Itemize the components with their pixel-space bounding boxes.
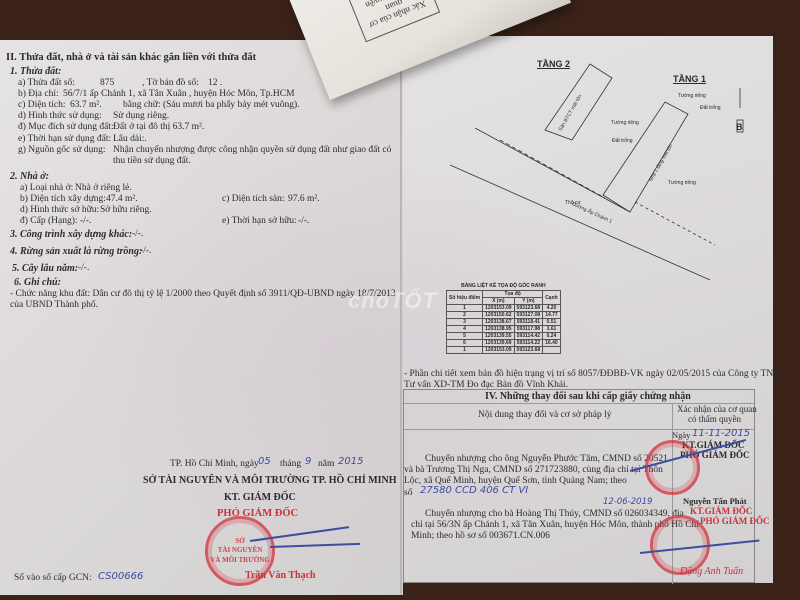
coordinates-cell: 0.24 xyxy=(543,333,561,340)
land-heading: 1. Thửa đất: xyxy=(10,66,61,77)
col-header-point: Số hiệu điểm xyxy=(447,291,483,305)
own-term-label: e) Thời hạn sở hữu: xyxy=(222,216,297,226)
col-header-edge: Cạnh xyxy=(543,291,561,305)
coordinates-cell: 3.61 xyxy=(543,326,561,333)
plan-reference-line1: - Phần chi tiết xem bản đồ hiện trạng vị… xyxy=(404,369,787,379)
coordinates-cell: 1203138.67 xyxy=(483,319,514,326)
coordinates-cell: 593123.68 xyxy=(514,305,543,312)
watermark: choTỐT xyxy=(348,288,437,314)
coordinates-row: 11203153.09593123.68 xyxy=(447,347,561,354)
coordinates-cell: 14.77 xyxy=(543,312,561,319)
entry1-line2: và bà Trương Thị Nga, CMND số 271723880,… xyxy=(404,465,663,475)
coordinates-row: 41203138.95593117.983.61 xyxy=(447,326,561,333)
col-header-y: Y (m) xyxy=(514,298,543,305)
parcel-label: a) Thửa đất số: xyxy=(18,78,75,88)
house-type-label: a) Loại nhà ở: xyxy=(20,183,73,193)
coordinates-cell: 6 xyxy=(447,340,483,347)
changes-kt2: KT.GIÁM ĐỐC xyxy=(690,506,752,516)
curled-page-box: Xác nhận của cơ quan có thẩm quyền xyxy=(344,0,441,42)
coordinates-cell xyxy=(543,347,561,354)
stamp-line: TÀI NGUYÊN xyxy=(218,546,263,555)
coordinates-cell: 1203150.62 xyxy=(483,312,514,319)
floor-area-label: c) Diện tích sàn: xyxy=(222,194,285,204)
other-works-heading: 3. Công trình xây dựng khác: xyxy=(10,229,132,240)
coordinates-cell: 1203139.55 xyxy=(483,333,514,340)
forest-heading: 4. Rừng sản xuất là rừng trồng: xyxy=(10,246,142,257)
signing-year: 2015 xyxy=(338,456,363,467)
other-works-value: -/-. xyxy=(132,229,143,239)
entry1-handwritten-ref: 27580 CCD 406 CT VI xyxy=(420,485,528,496)
origin-line1: Nhận chuyển nhượng được công nhận quyền … xyxy=(113,145,391,155)
use-form-value: Sử dụng riêng. xyxy=(113,111,169,121)
official-stamp-1 xyxy=(645,440,700,495)
coordinates-cell: 5 xyxy=(447,333,483,340)
coordinates-cell: 593117.98 xyxy=(514,326,543,333)
term-value: Lâu dài:. xyxy=(113,134,147,144)
coordinates-row: 31203138.67593118.410.51 xyxy=(447,319,561,326)
area-words: bằng chữ: (Sáu mươi ba phẩy bảy mét vuôn… xyxy=(123,100,300,110)
entry1-line1: Chuyển nhượng cho ông Nguyễn Phước Tâm, … xyxy=(425,454,668,464)
coordinates-cell: 1203153.09 xyxy=(483,305,514,312)
entry2-date: 12-06-2019 xyxy=(603,497,652,507)
plan-label-residential: Thổ cư xyxy=(565,200,581,206)
section-title: II. Thửa đất, nhà ở và tài sản khác gắn … xyxy=(6,52,256,63)
plan-label-wall: Tường riêng xyxy=(678,93,706,99)
coordinates-cell: 1203139.69 xyxy=(483,340,514,347)
coordinates-cell: 1 xyxy=(447,347,483,354)
floor-area-value: 97.6 m². xyxy=(288,194,320,204)
changes-col2-header-line2: có thẩm quyền xyxy=(688,414,741,424)
coordinates-cell: 593118.41 xyxy=(514,319,543,326)
plan-label-wall: Tường riêng xyxy=(668,180,696,186)
ownership-value: Sở hữu riêng. xyxy=(100,205,152,215)
entry1-line4-prefix: số xyxy=(404,488,412,498)
parcel-no: 875 xyxy=(100,78,114,88)
build-area-label: b) Diện tích xây dựng: xyxy=(20,194,106,204)
map-no: 12 . xyxy=(208,78,222,88)
signing-signer: Trần Văn Thạch xyxy=(245,570,316,581)
plan-label-wall: Tường riêng xyxy=(611,120,639,126)
coordinates-row: 21203150.62593127.0814.77 xyxy=(447,312,561,319)
area-label: c) Diện tích: xyxy=(18,100,65,110)
grade-value: -/-. xyxy=(80,216,91,226)
address-label: b) Địa chỉ: xyxy=(18,89,59,99)
signing-day: 05 xyxy=(258,456,271,467)
signing-agency: SỞ TÀI NGUYÊN VÀ MÔI TRƯỜNG TP. HỒ CHÍ M… xyxy=(143,475,397,486)
coordinates-cell: 1203153.09 xyxy=(483,347,514,354)
col-header-x: X (m) xyxy=(483,298,514,305)
perennial-heading: 5. Cây lâu năm: xyxy=(12,263,78,274)
term-label: e) Thời hạn sử dụng đất: xyxy=(18,134,111,144)
purpose-value: Đất ở tại đô thị 63.7 m². xyxy=(113,122,204,132)
gcn-no: CS00666 xyxy=(98,571,143,582)
col-header-coords: Tọa độ xyxy=(483,291,543,298)
forest-value: -/-. xyxy=(140,246,151,256)
purpose-label: đ) Mục đích sử dụng đất: xyxy=(18,122,114,132)
coordinates-cell: 1203138.95 xyxy=(483,326,514,333)
coordinates-table: BẢNG LIỆT KÊ TỌA ĐỘ GÓC RANH Số hiệu điể… xyxy=(446,283,561,354)
coordinates-cell: 593123.68 xyxy=(514,347,543,354)
entry2-line1: Chuyển nhượng cho bà Hoàng Thị Thúy, CMN… xyxy=(425,509,684,519)
coordinates-row: 11203153.09593123.684.20 xyxy=(447,305,561,312)
changes-date-label: Ngày xyxy=(672,430,690,440)
house-heading: 2. Nhà ở: xyxy=(10,171,49,182)
plan-label-empty: Đất trống xyxy=(700,105,721,111)
origin-line2: thu tiền sử dụng đất. xyxy=(113,156,191,166)
changes-col1-header: Nội dung thay đổi và cơ sở pháp lý xyxy=(478,410,612,420)
changes-title: IV. Những thay đổi sau khi cấp giấy chứn… xyxy=(485,391,691,402)
notes-line1: - Chức năng khu đất: Dân cư đô thị tỷ lệ… xyxy=(10,289,396,299)
coordinates-row: 61203139.69593114.2216.40 xyxy=(447,340,561,347)
use-form-label: d) Hình thức sử dụng: xyxy=(18,111,102,121)
ownership-label: d) Hình thức sở hữu: xyxy=(20,205,99,215)
coordinates-cell: 593127.08 xyxy=(514,312,543,319)
stamp-line: VÀ MÔI TRƯỜNG xyxy=(210,556,270,565)
perennial-value: -/-. xyxy=(78,263,89,273)
coordinates-cell: 4 xyxy=(447,326,483,333)
signing-month: 9 xyxy=(305,456,311,467)
entry2-line3: Minh; theo hồ sơ số 003671.CN.006 xyxy=(411,531,550,541)
changes-deputy2: PHÓ GIÁM ĐỐC xyxy=(700,516,770,526)
coordinates-cell: 593114.22 xyxy=(514,340,543,347)
north-arrow-label: B xyxy=(736,122,743,132)
address-value: 56/7/1 ấp Chánh 1, xã Tân Xuân , huyện H… xyxy=(63,89,295,99)
coordinates-cell: 2 xyxy=(447,312,483,319)
site-plan-drawing xyxy=(400,40,800,280)
gcn-label: Số vào sổ cấp GCN: xyxy=(14,573,92,583)
grade-label: đ) Cấp (Hạng): xyxy=(20,216,78,226)
own-term-value: -/-. xyxy=(298,216,309,226)
notes-heading: 6. Ghi chú: xyxy=(14,277,61,288)
signing-month-label: tháng xyxy=(280,459,301,469)
stamp-line: SỞ xyxy=(235,537,244,546)
changes-signer1: Nguyễn Tấn Phát xyxy=(683,496,747,506)
origin-label: g) Nguồn gốc sử dụng: xyxy=(18,145,105,155)
coordinates-cell: 4.20 xyxy=(543,305,561,312)
signing-kt: KT. GIÁM ĐỐC xyxy=(224,492,296,503)
coordinates-cell: 1 xyxy=(447,305,483,312)
signing-date-prefix: TP. Hồ Chí Minh, ngày xyxy=(170,459,259,469)
floor2-title: TẦNG 2 xyxy=(537,59,570,69)
notes-line2: của UBND Thành phố. xyxy=(10,300,98,310)
signing-year-label: năm xyxy=(318,459,334,469)
coordinates-cell: 16.40 xyxy=(543,340,561,347)
build-area-value: 47.4 m². xyxy=(106,194,138,204)
floor1-title: TẦNG 1 xyxy=(673,74,706,84)
coordinates-row: 51203139.55593114.420.24 xyxy=(447,333,561,340)
coordinates-cell: 3 xyxy=(447,319,483,326)
coordinates-table-title: BẢNG LIỆT KÊ TỌA ĐỘ GÓC RANH xyxy=(446,283,561,290)
house-type-value: Nhà ở riêng lẻ. xyxy=(75,183,132,193)
changes-col2-header-line1: Xác nhận của cơ quan xyxy=(677,404,757,414)
map-label: , Tờ bản đồ số: xyxy=(142,78,199,88)
changes-date: 11-11-2015 xyxy=(692,428,750,439)
coordinates-cell: 593114.42 xyxy=(514,333,543,340)
plan-label-empty: Đất trống xyxy=(612,138,633,144)
area-value: 63.7 m². xyxy=(70,100,102,110)
coordinates-cell: 0.51 xyxy=(543,319,561,326)
